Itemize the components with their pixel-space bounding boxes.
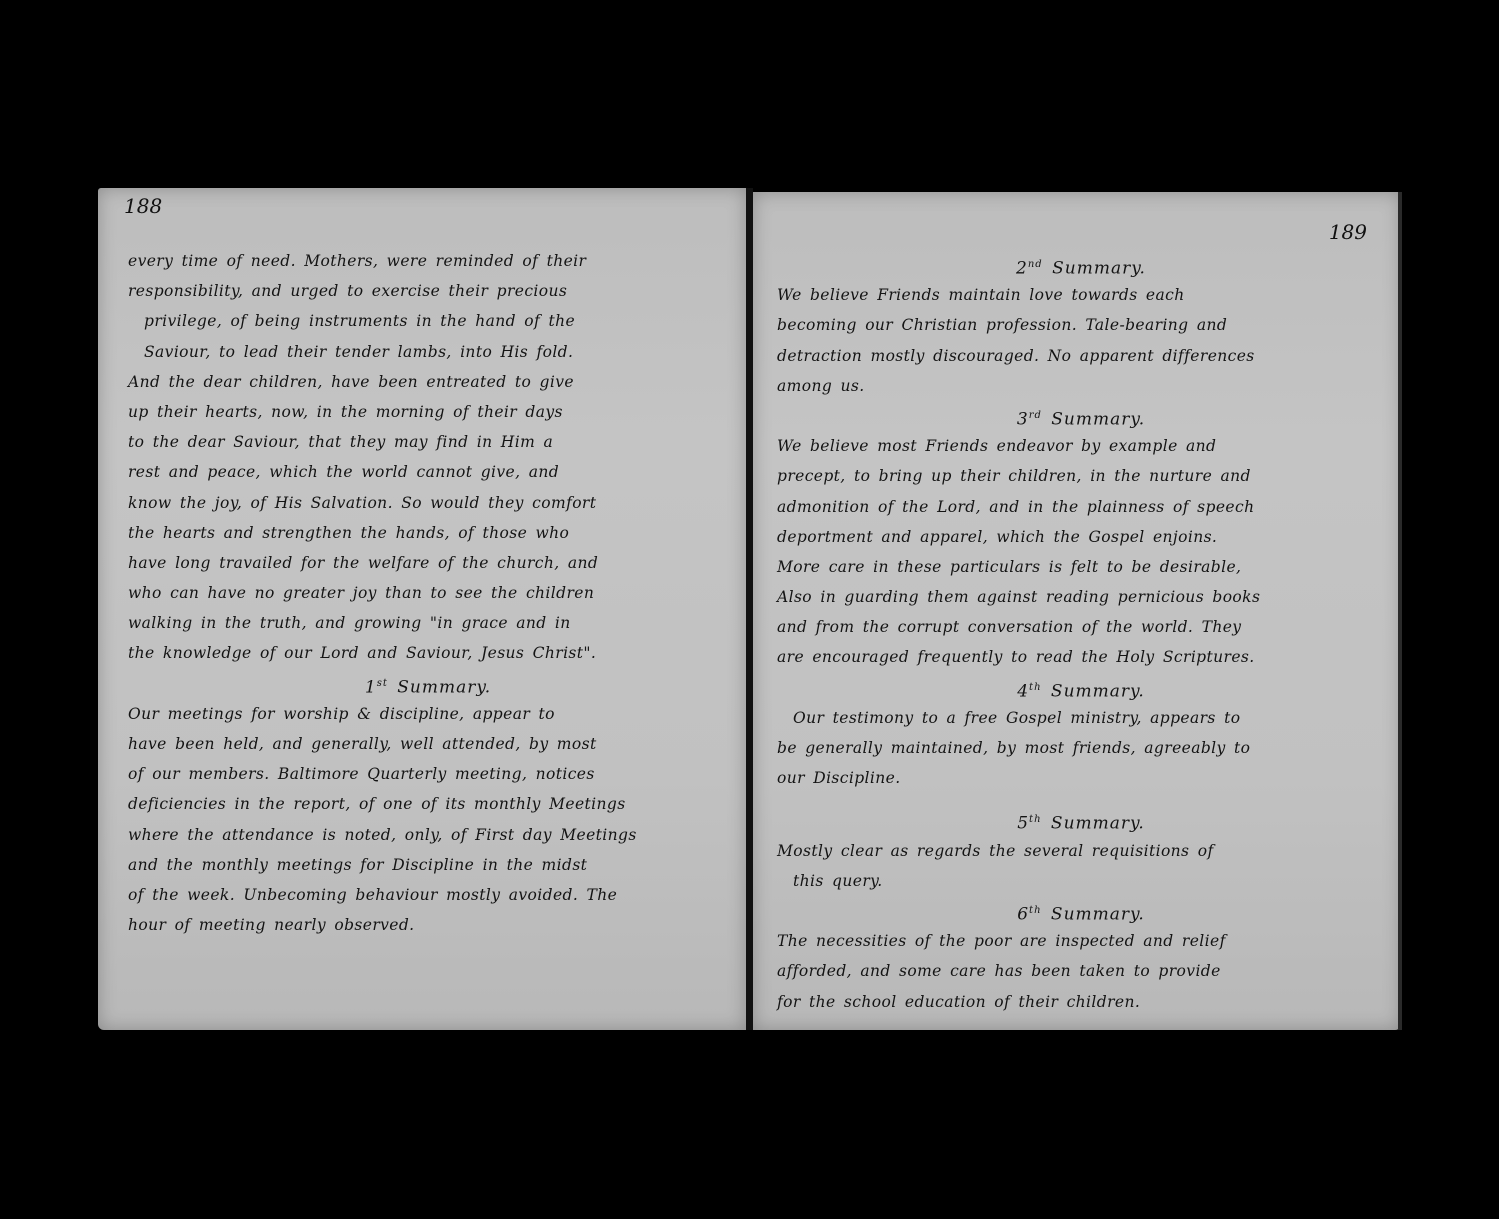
- text-line: where the attendance is noted, only, of …: [128, 820, 728, 850]
- text-line: hour of meeting nearly observed.: [128, 910, 728, 940]
- text-line: walking in the truth, and growing "in gr…: [128, 608, 728, 638]
- page-number-left: 188: [124, 194, 162, 218]
- left-page: 188 every time of need. Mothers, were re…: [98, 188, 746, 1030]
- text-line: Our testimony to a free Gospel ministry,…: [777, 703, 1385, 733]
- summary-4-heading: 4th Summary.: [777, 673, 1385, 703]
- book-gutter: [746, 188, 753, 1030]
- left-page-text: every time of need. Mothers, were remind…: [128, 246, 728, 940]
- text-line: rest and peace, which the world cannot g…: [128, 457, 728, 487]
- summary-6-heading: 6th Summary.: [777, 896, 1385, 926]
- text-line: be generally maintained, by most friends…: [777, 733, 1385, 763]
- text-line: the hearts and strengthen the hands, of …: [128, 518, 728, 548]
- text-line: for the school education of their childr…: [777, 987, 1385, 1017]
- text-line: of the week. Unbecoming behaviour mostly…: [128, 880, 728, 910]
- summary-2-heading: 2nd Summary.: [777, 250, 1385, 280]
- text-line: have long travailed for the welfare of t…: [128, 548, 728, 578]
- text-line: have been held, and generally, well atte…: [128, 729, 728, 759]
- text-line: Saviour, to lead their tender lambs, int…: [128, 337, 728, 367]
- text-line: privilege, of being instruments in the h…: [128, 306, 728, 336]
- text-line: our Discipline.: [777, 763, 1385, 793]
- text-line: detraction mostly discouraged. No appare…: [777, 341, 1385, 371]
- text-line: admonition of the Lord, and in the plain…: [777, 492, 1385, 522]
- text-line: precept, to bring up their children, in …: [777, 461, 1385, 491]
- right-page-text: 2nd Summary. We believe Friends maintain…: [777, 250, 1385, 1017]
- summary-1-heading: 1st Summary.: [128, 669, 728, 699]
- text-line: and from the corrupt conversation of the…: [777, 612, 1385, 642]
- text-line: among us.: [777, 371, 1385, 401]
- page-number-right: 189: [1329, 220, 1367, 244]
- text-line: this query.: [777, 866, 1385, 896]
- text-line: afforded, and some care has been taken t…: [777, 956, 1385, 986]
- text-line: responsibility, and urged to exercise th…: [128, 276, 728, 306]
- page-edge: [1398, 192, 1402, 1030]
- text-line: up their hearts, now, in the morning of …: [128, 397, 728, 427]
- text-line: know the joy, of His Salvation. So would…: [128, 488, 728, 518]
- text-line: are encouraged frequently to read the Ho…: [777, 642, 1385, 672]
- text-line: Mostly clear as regards the several requ…: [777, 836, 1385, 866]
- text-line: We believe Friends maintain love towards…: [777, 280, 1385, 310]
- right-page: 189 2nd Summary. We believe Friends main…: [753, 192, 1401, 1030]
- text-line: of our members. Baltimore Quarterly meet…: [128, 759, 728, 789]
- text-line: Also in guarding them against reading pe…: [777, 582, 1385, 612]
- summary-5-heading: 5th Summary.: [777, 805, 1385, 835]
- text-line: And the dear children, have been entreat…: [128, 367, 728, 397]
- text-line: who can have no greater joy than to see …: [128, 578, 728, 608]
- text-line: More care in these particulars is felt t…: [777, 552, 1385, 582]
- text-line: deportment and apparel, which the Gospel…: [777, 522, 1385, 552]
- text-line: deficiencies in the report, of one of it…: [128, 789, 728, 819]
- text-line: to the dear Saviour, that they may find …: [128, 427, 728, 457]
- text-line: every time of need. Mothers, were remind…: [128, 246, 728, 276]
- text-line: and the monthly meetings for Discipline …: [128, 850, 728, 880]
- text-line: The necessities of the poor are inspecte…: [777, 926, 1385, 956]
- text-line: We believe most Friends endeavor by exam…: [777, 431, 1385, 461]
- text-line: becoming our Christian profession. Tale-…: [777, 310, 1385, 340]
- text-line: Our meetings for worship & discipline, a…: [128, 699, 728, 729]
- text-line: the knowledge of our Lord and Saviour, J…: [128, 638, 728, 668]
- summary-3-heading: 3rd Summary.: [777, 401, 1385, 431]
